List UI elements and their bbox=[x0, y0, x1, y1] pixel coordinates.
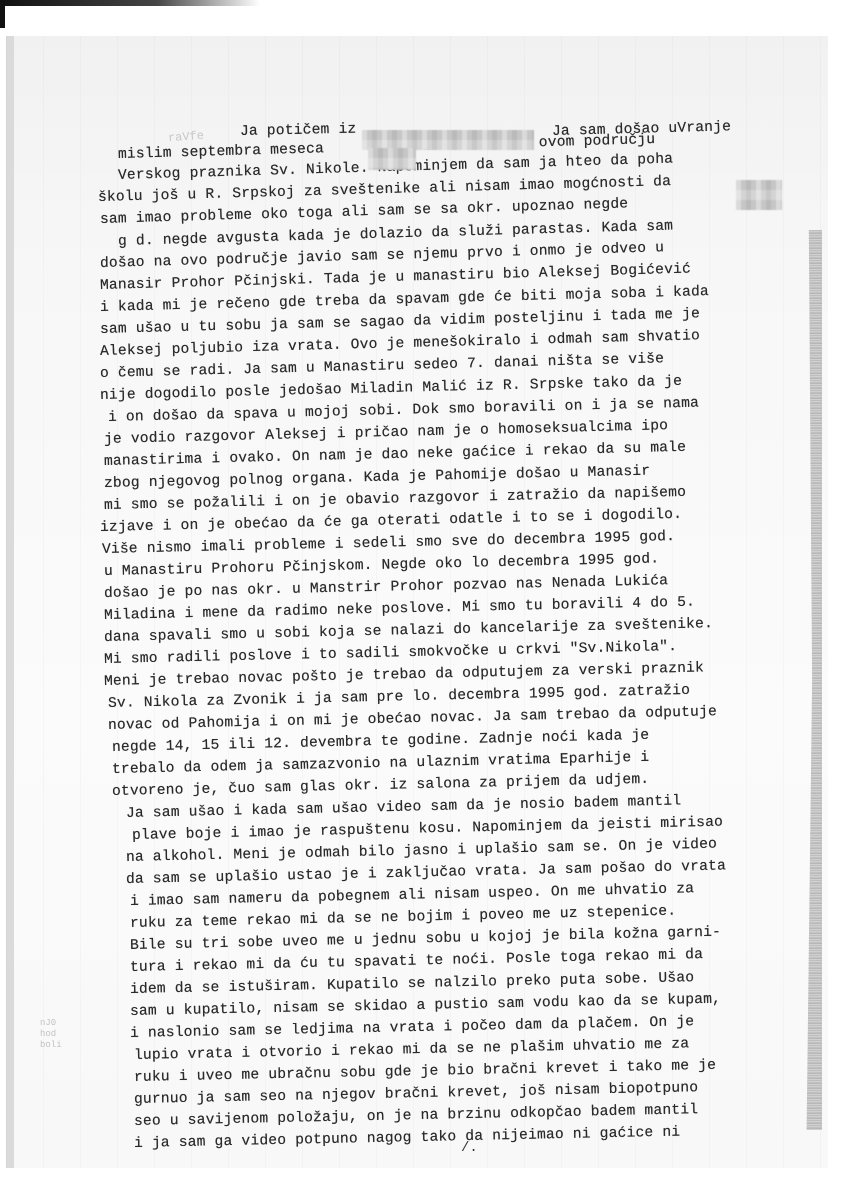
scanner-corner-shadow bbox=[0, 0, 5, 28]
redaction-block bbox=[368, 148, 416, 170]
margin-note: nJ0 hod boli bbox=[40, 1018, 62, 1051]
scan-top-margin bbox=[0, 0, 849, 30]
text-line: Ja potičem iz bbox=[240, 122, 357, 140]
scan-bottom-margin bbox=[0, 1168, 849, 1200]
faint-header-note: raVfe bbox=[168, 129, 205, 145]
scanner-edge-shadow bbox=[0, 0, 260, 6]
redaction-block bbox=[362, 130, 534, 150]
redaction-block bbox=[736, 180, 782, 210]
trailing-mark: /. bbox=[461, 1140, 478, 1156]
